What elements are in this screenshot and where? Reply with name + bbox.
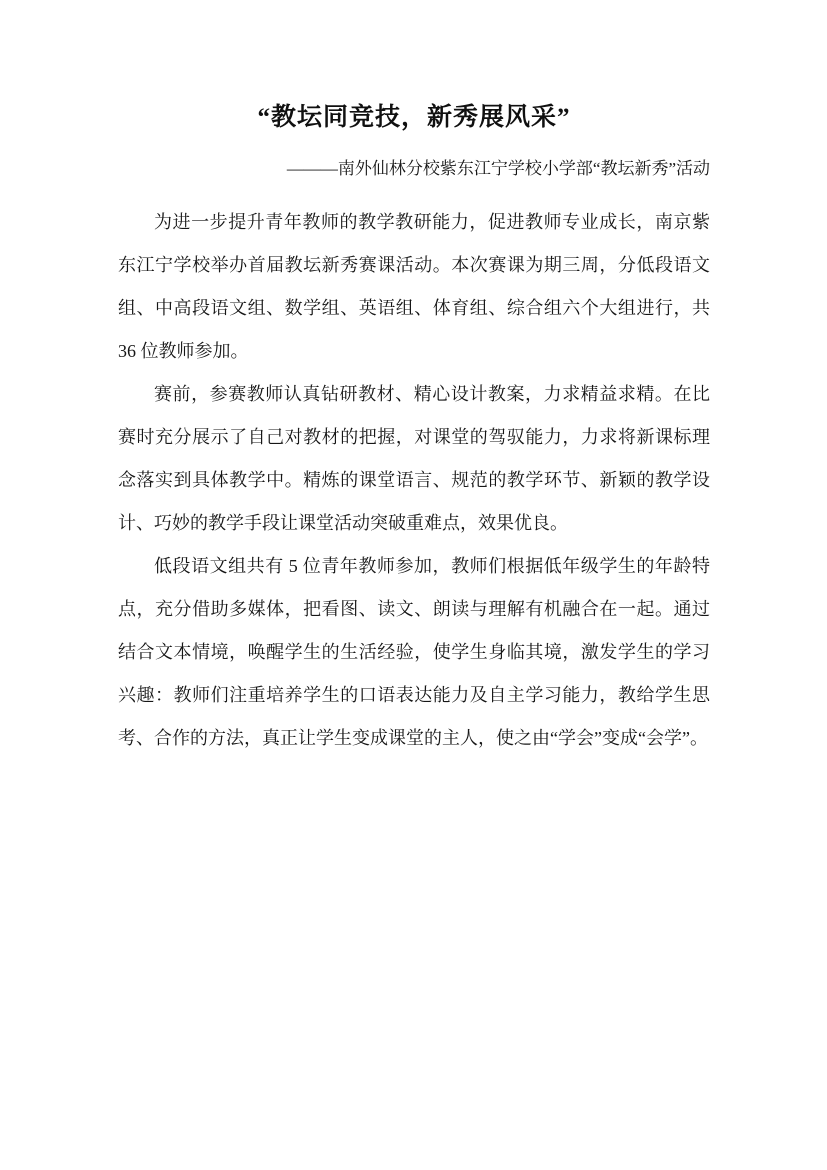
document-content: “教坛同竞技，新秀展风采” ———南外仙林分校紫东江宁学校小学部“教坛新秀”活动… bbox=[118, 0, 710, 760]
paragraph-2: 赛前，参赛教师认真钻研教材、精心设计教案，力求精益求精。在比赛时充分展示了自己对… bbox=[118, 373, 710, 545]
document-subtitle: ———南外仙林分校紫东江宁学校小学部“教坛新秀”活动 bbox=[118, 156, 710, 182]
paragraph-3: 低段语文组共有 5 位青年教师参加，教师们根据低年级学生的年龄特点，充分借助多媒… bbox=[118, 545, 710, 760]
paragraph-1: 为进一步提升青年教师的教学教研能力，促进教师专业成长，南京紫东江宁学校举办首届教… bbox=[118, 201, 710, 373]
document-page: “教坛同竞技，新秀展风采” ———南外仙林分校紫东江宁学校小学部“教坛新秀”活动… bbox=[0, 0, 827, 1170]
document-title: “教坛同竞技，新秀展风采” bbox=[118, 100, 710, 136]
